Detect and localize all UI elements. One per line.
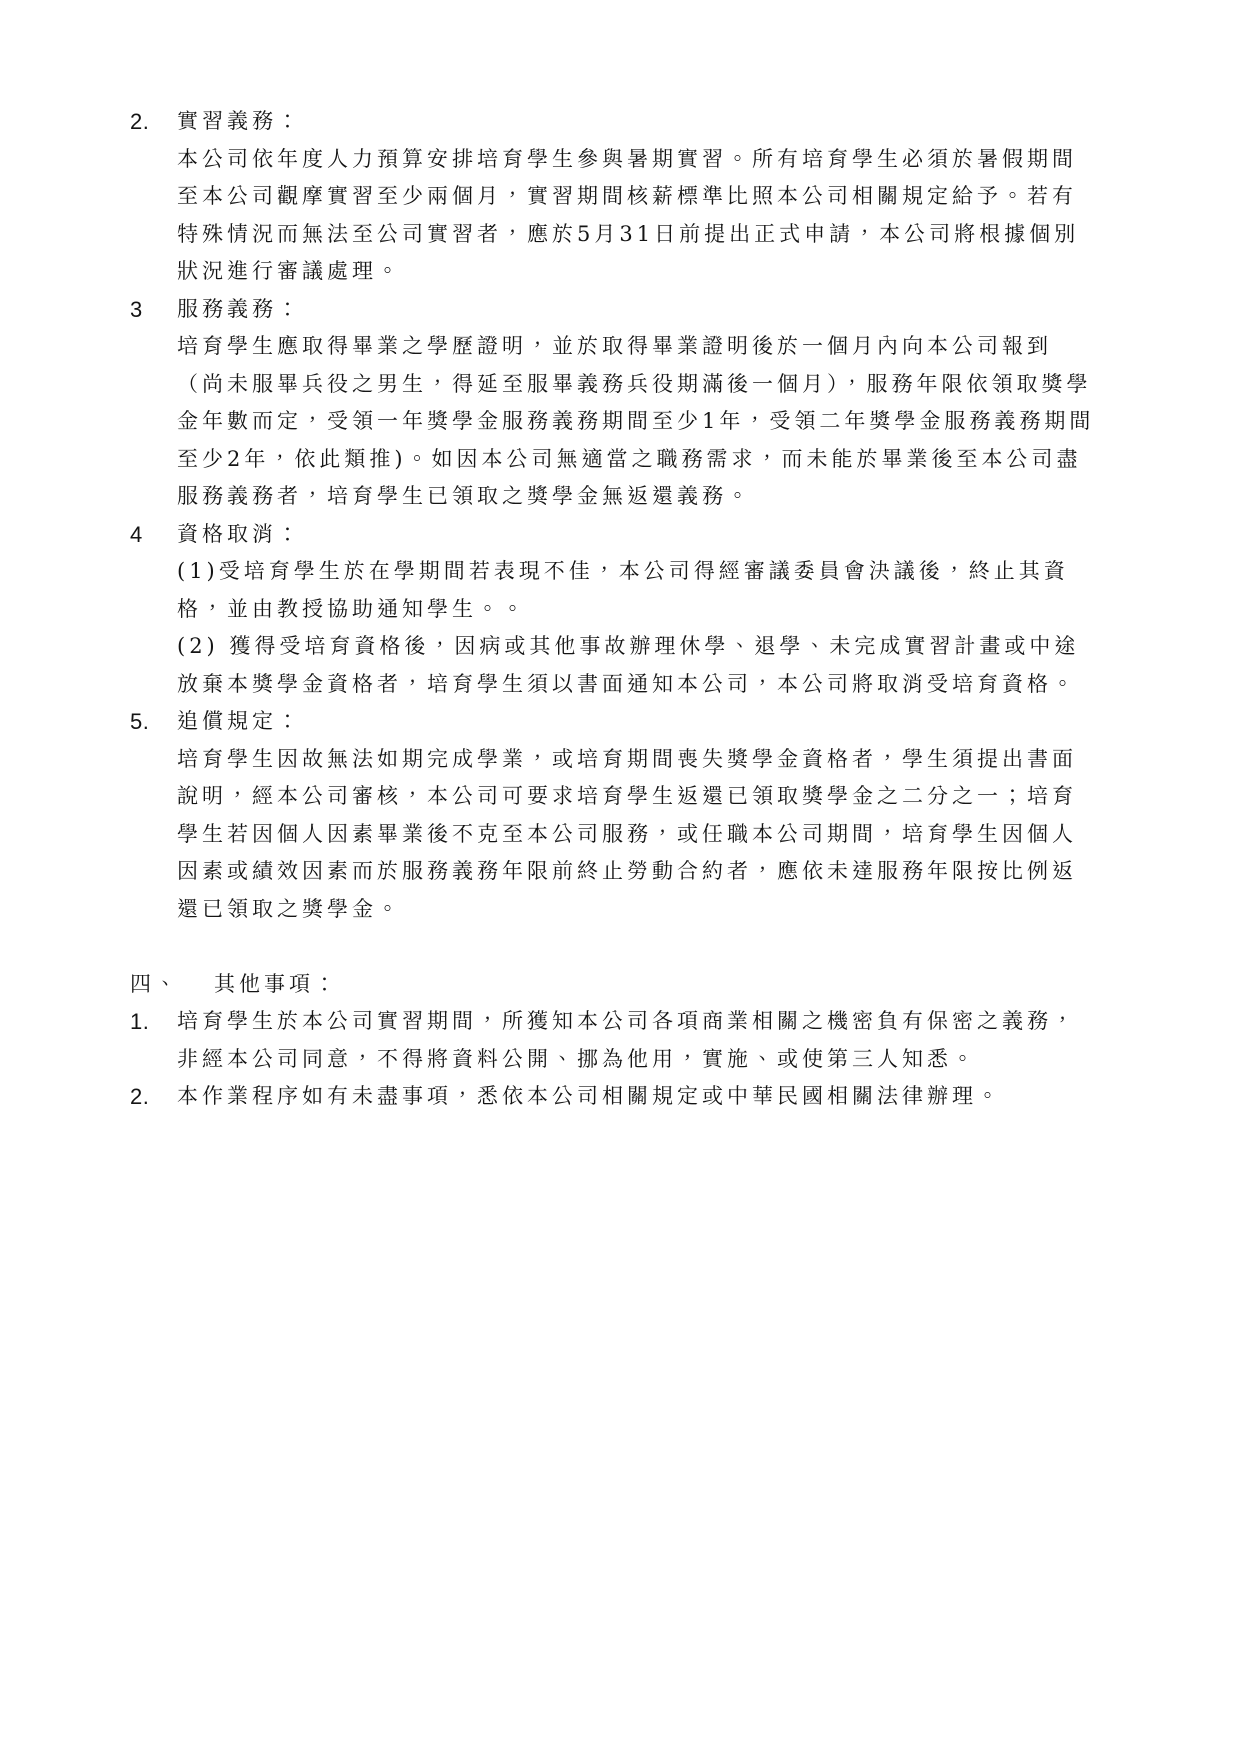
item-title: 實習義務：	[177, 103, 1190, 141]
list-item-governing-rules: 2. 本作業程序如有未盡事項，悉依本公司相關規定或中華民國相關法律辦理。	[130, 1078, 1190, 1116]
list-item-internship-obligation: 2. 實習義務： 本公司依年度人力預算安排培育學生參與暑期實習。所有培育學生必須…	[130, 103, 1190, 291]
list-item-service-obligation: 3 服務義務： 培育學生應取得畢業之學歷證明，並於取得畢業證明後於一個月內向本公…	[130, 291, 1190, 516]
item-number: 5.	[130, 703, 149, 741]
item-number: 3	[130, 291, 143, 329]
item-title: 服務義務：	[177, 291, 1190, 329]
section-heading-other-matters: 四、其他事項：	[130, 966, 1190, 1004]
list-item-reimbursement: 5. 追償規定： 培育學生因故無法如期完成學業，或培育期間喪失獎學金資格者，學生…	[130, 703, 1190, 928]
item-body: 培育學生因故無法如期完成學業，或培育期間喪失獎學金資格者，學生須提出書面 說明，…	[177, 741, 1190, 929]
list-item-confidentiality: 1. 培育學生於本公司實習期間，所獲知本公司各項商業相關之機密負有保密之義務， …	[130, 1003, 1190, 1078]
section-title: 其他事項：	[214, 966, 339, 1004]
item-body: 培育學生應取得畢業之學歷證明，並於取得畢業證明後於一個月內向本公司報到 （尚未服…	[177, 328, 1190, 516]
item-body: (1)受培育學生於在學期間若表現不佳，本公司得經審議委員會決議後，終止其資 格，…	[177, 553, 1190, 703]
item-body: 本公司依年度人力預算安排培育學生參與暑期實習。所有培育學生必須於暑假期間 至本公…	[177, 141, 1190, 291]
item-number: 2.	[130, 103, 149, 141]
item-number: 4	[130, 516, 143, 554]
item-body: 培育學生於本公司實習期間，所獲知本公司各項商業相關之機密負有保密之義務， 非經本…	[177, 1003, 1190, 1078]
document-content: 2. 實習義務： 本公司依年度人力預算安排培育學生參與暑期實習。所有培育學生必須…	[130, 103, 1190, 1116]
item-number: 2.	[130, 1078, 149, 1116]
item-number: 1.	[130, 1003, 149, 1041]
document-page: 2. 實習義務： 本公司依年度人力預算安排培育學生參與暑期實習。所有培育學生必須…	[0, 0, 1241, 1755]
list-item-disqualification: 4 資格取消： (1)受培育學生於在學期間若表現不佳，本公司得經審議委員會決議後…	[130, 516, 1190, 704]
item-title: 追償規定：	[177, 703, 1190, 741]
item-title: 資格取消：	[177, 516, 1190, 554]
item-body: 本作業程序如有未盡事項，悉依本公司相關規定或中華民國相關法律辦理。	[177, 1078, 1190, 1116]
section-number: 四、	[130, 966, 180, 1004]
